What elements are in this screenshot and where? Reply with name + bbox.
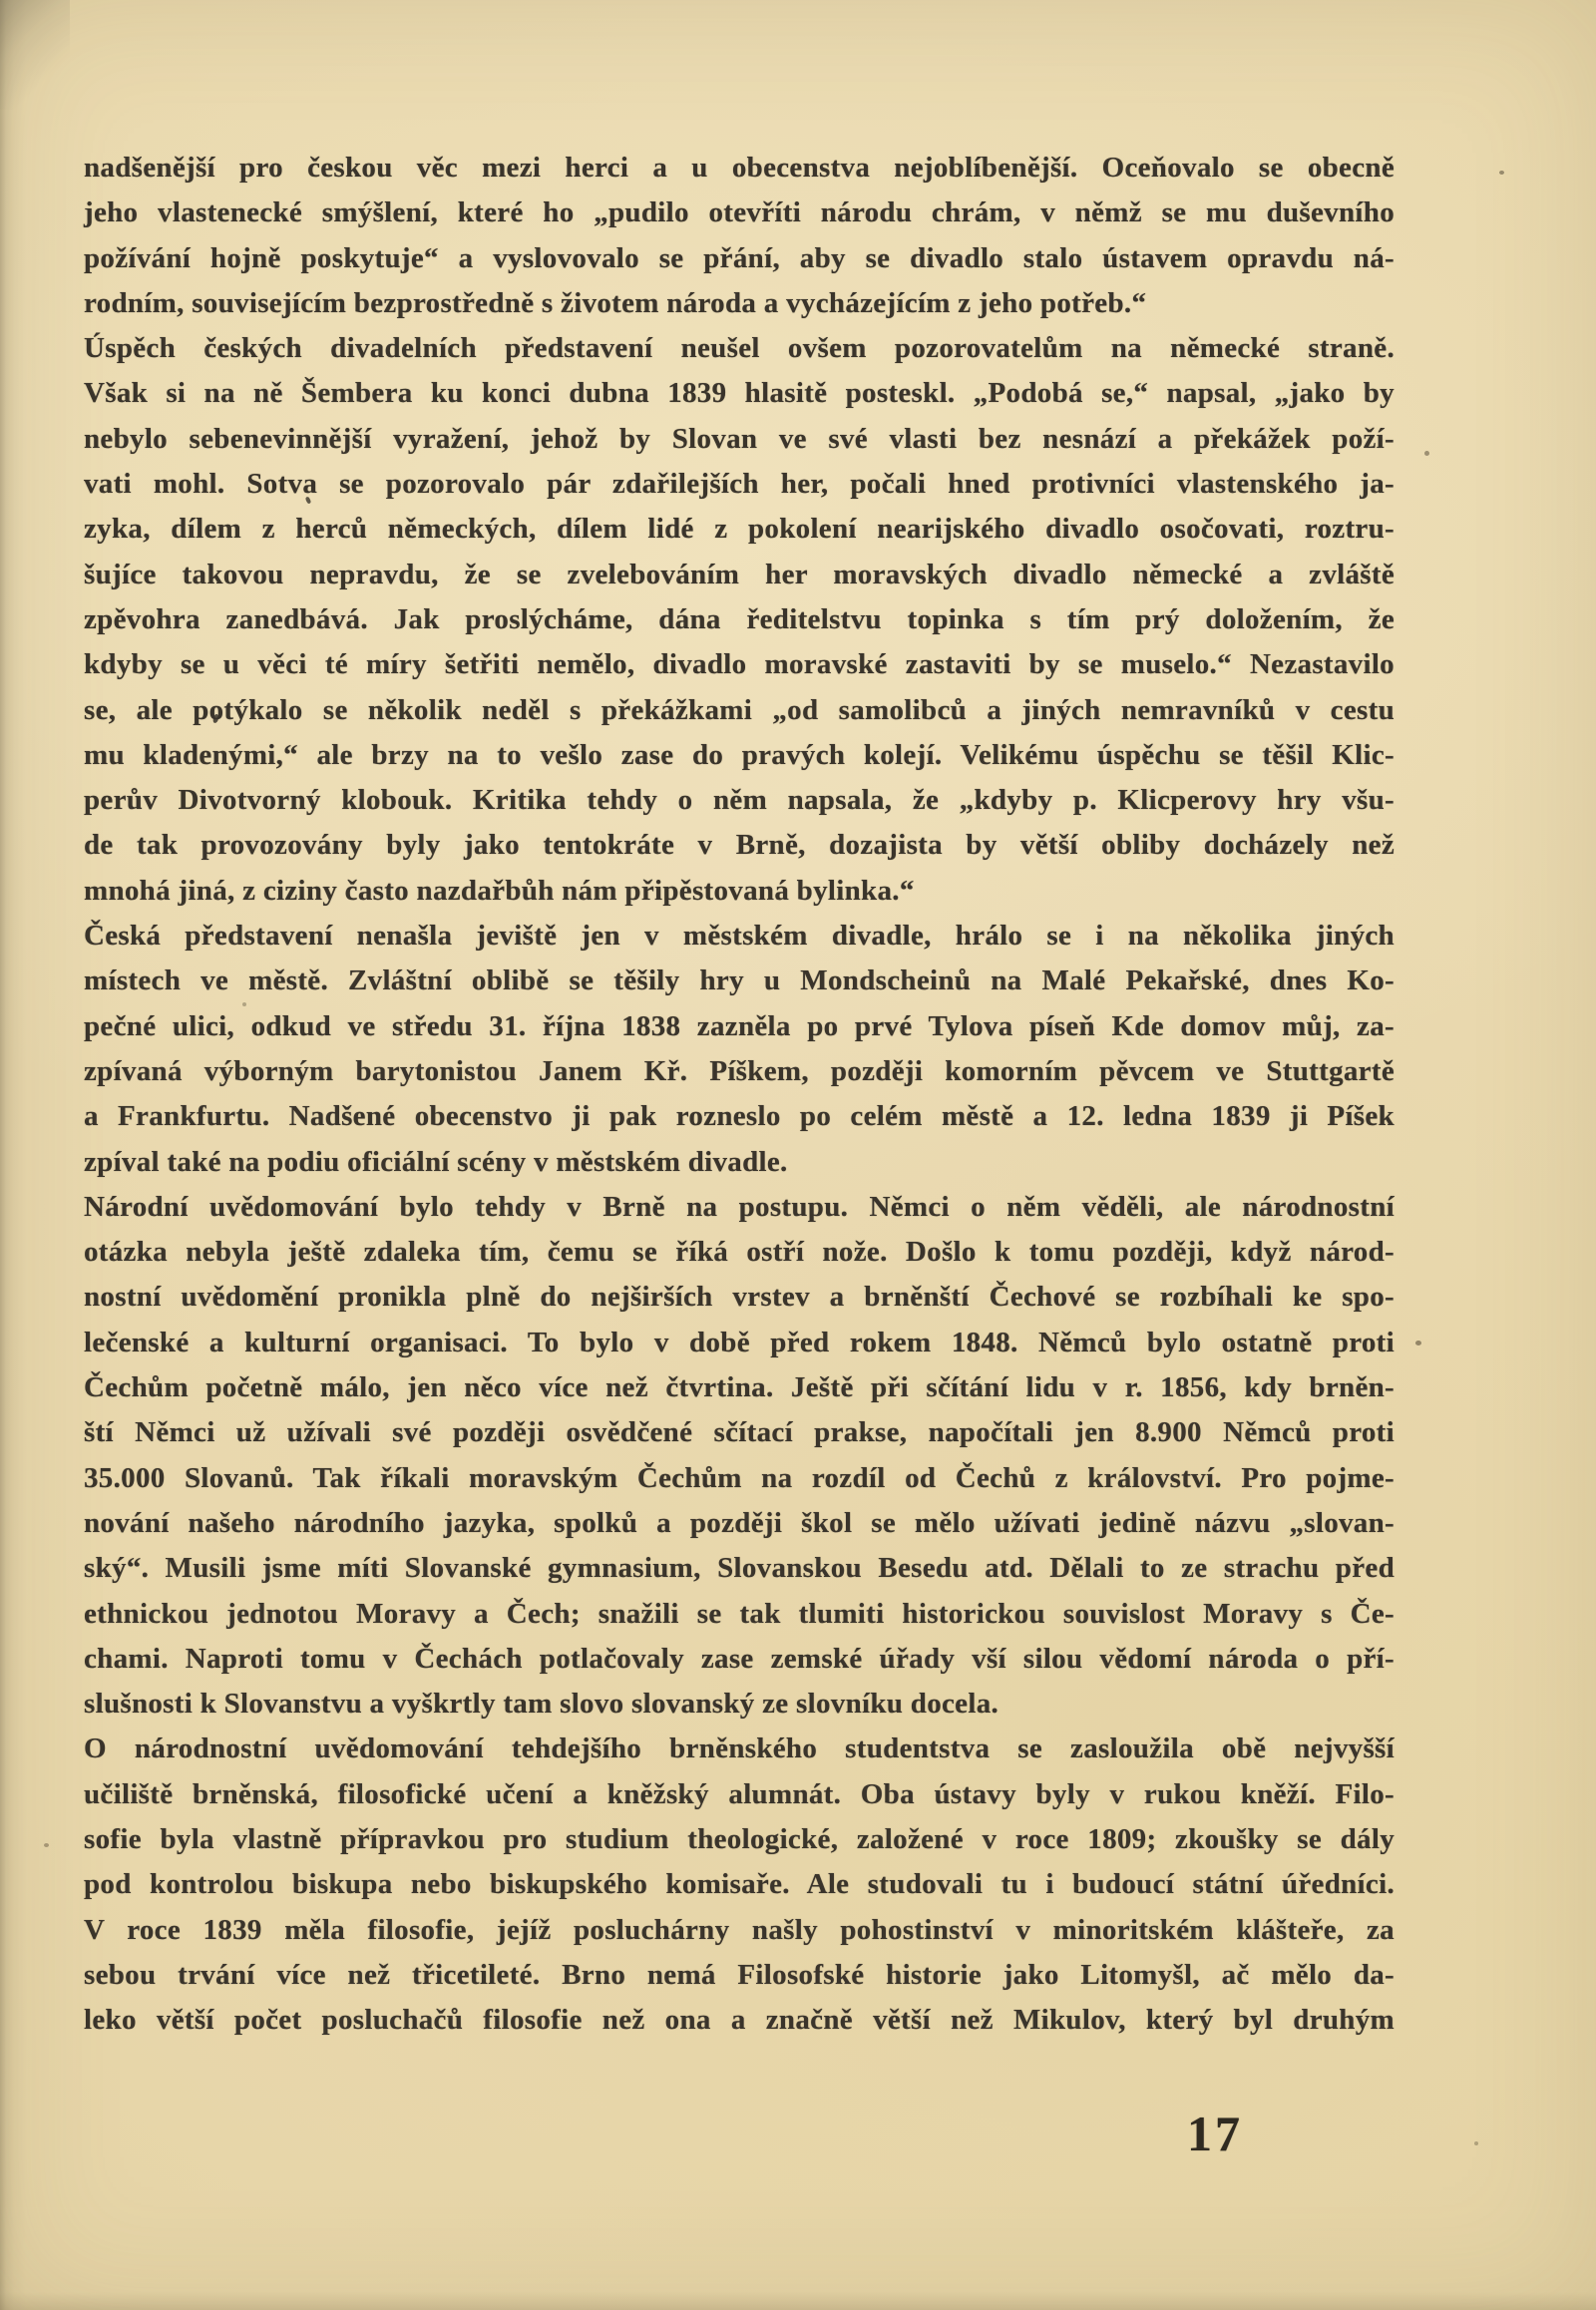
text-line: vati mohl. Sotva se pozorovalo pár zdaři… xyxy=(84,462,1395,507)
text-line: Česká představení nenašla jeviště jen v … xyxy=(84,914,1395,959)
text-line: jeho vlastenecké smýšlení, které ho „pud… xyxy=(84,191,1395,235)
text-line: nování našeho národního jazyka, spolků a… xyxy=(84,1501,1395,1546)
text-line: se, ale potýkalo se několik neděl s přek… xyxy=(84,688,1395,733)
text-line: nadšenější pro českou věc mezi herci a u… xyxy=(84,146,1395,191)
text-line: kdyby se u věci té míry šetřiti nemělo, … xyxy=(84,642,1395,687)
book-page: nadšenější pro českou věc mezi herci a u… xyxy=(0,0,1596,2310)
text-line: slušnosti k Slovanstvu a vyškrtly tam sl… xyxy=(84,1682,1395,1727)
text-line: Však si na ně Šembera ku konci dubna 183… xyxy=(84,371,1395,416)
text-line: otázka nebyla ještě zdaleka tím, čemu se… xyxy=(84,1230,1395,1275)
text-line: učiliště brněnská, filosofické učení a k… xyxy=(84,1772,1395,1817)
text-line: chami. Naproti tomu v Čechách potlačoval… xyxy=(84,1637,1395,1682)
text-line: rodním, souvisejícím bezprostředně s živ… xyxy=(84,281,1395,326)
text-line: zpívaná výborným barytonistou Janem Kř. … xyxy=(84,1049,1395,1094)
scan-speck xyxy=(1474,2141,1478,2145)
text-line: perův Divotvorný klobouk. Kritika tehdy … xyxy=(84,778,1395,823)
text-line: mnohá jiná, z ciziny často nazdařbůh nám… xyxy=(84,869,1395,914)
text-line: leko větší počet posluchačů filosofie ne… xyxy=(84,1998,1395,2043)
text-line: šujíce takovou nepravdu, že se zvelebová… xyxy=(84,553,1395,597)
scan-speck xyxy=(1424,451,1429,456)
text-line: zpíval také na podiu oficiální scény v m… xyxy=(84,1140,1395,1185)
scan-speck xyxy=(1415,1341,1421,1346)
text-line: V roce 1839 měla filosofie, jejíž posluc… xyxy=(84,1908,1395,1953)
text-line: Čechům početně málo, jen něco více než č… xyxy=(84,1365,1395,1410)
text-line: pod kontrolou biskupa nebo biskupského k… xyxy=(84,1862,1395,1907)
text-line: a Frankfurtu. Nadšené obecenstvo ji pak … xyxy=(84,1094,1395,1139)
text-line: požívání hojně poskytuje“ a vyslovovalo … xyxy=(84,236,1395,281)
text-line: lečenské a kulturní organisaci. To bylo … xyxy=(84,1321,1395,1365)
text-line: zpěvohra zanedbává. Jak proslýcháme, dán… xyxy=(84,597,1395,642)
text-line: ští Němci už užívali své později osvědče… xyxy=(84,1410,1395,1455)
text-line: sofie byla vlastně přípravkou pro studiu… xyxy=(84,1817,1395,1862)
page-bottom-edge-shadow xyxy=(0,2292,1596,2310)
text-line: de tak provozovány byly jako tentokráte … xyxy=(84,823,1395,868)
text-line: nebylo sebenevinnější vyražení, jehož by… xyxy=(84,417,1395,462)
text-line: zyka, dílem z herců německých, dílem lid… xyxy=(84,507,1395,552)
scan-speck xyxy=(44,1843,49,1847)
page-left-edge-shadow xyxy=(0,0,26,2310)
page-number: 17 xyxy=(1187,2109,1243,2158)
text-line: Úspěch českých divadelních představení n… xyxy=(84,326,1395,371)
text-line: Národní uvědomování bylo tehdy v Brně na… xyxy=(84,1185,1395,1230)
text-line: nostní uvědomění pronikla plně do nejšir… xyxy=(84,1275,1395,1320)
text-line: ský“. Musili jsme míti Slovanské gymnasi… xyxy=(84,1546,1395,1591)
text-line: mu kladenými,“ ale brzy na to vešlo zase… xyxy=(84,733,1395,778)
page-corner-shadow xyxy=(0,0,70,110)
text-line: sebou trvání více než třicetileté. Brno … xyxy=(84,1953,1395,1998)
text-line: ethnickou jednotou Moravy a Čech; snažil… xyxy=(84,1592,1395,1637)
text-line: pečné ulici, odkud ve středu 31. října 1… xyxy=(84,1004,1395,1049)
text-line: místech ve městě. Zvláštní oblibě se těš… xyxy=(84,959,1395,1003)
page-text-block: nadšenější pro českou věc mezi herci a u… xyxy=(84,146,1395,2043)
text-line: O národnostní uvědomování tehdejšího brn… xyxy=(84,1727,1395,1771)
text-line: 35.000 Slovanů. Tak říkali moravským Čec… xyxy=(84,1456,1395,1501)
scan-speck xyxy=(1499,171,1504,175)
